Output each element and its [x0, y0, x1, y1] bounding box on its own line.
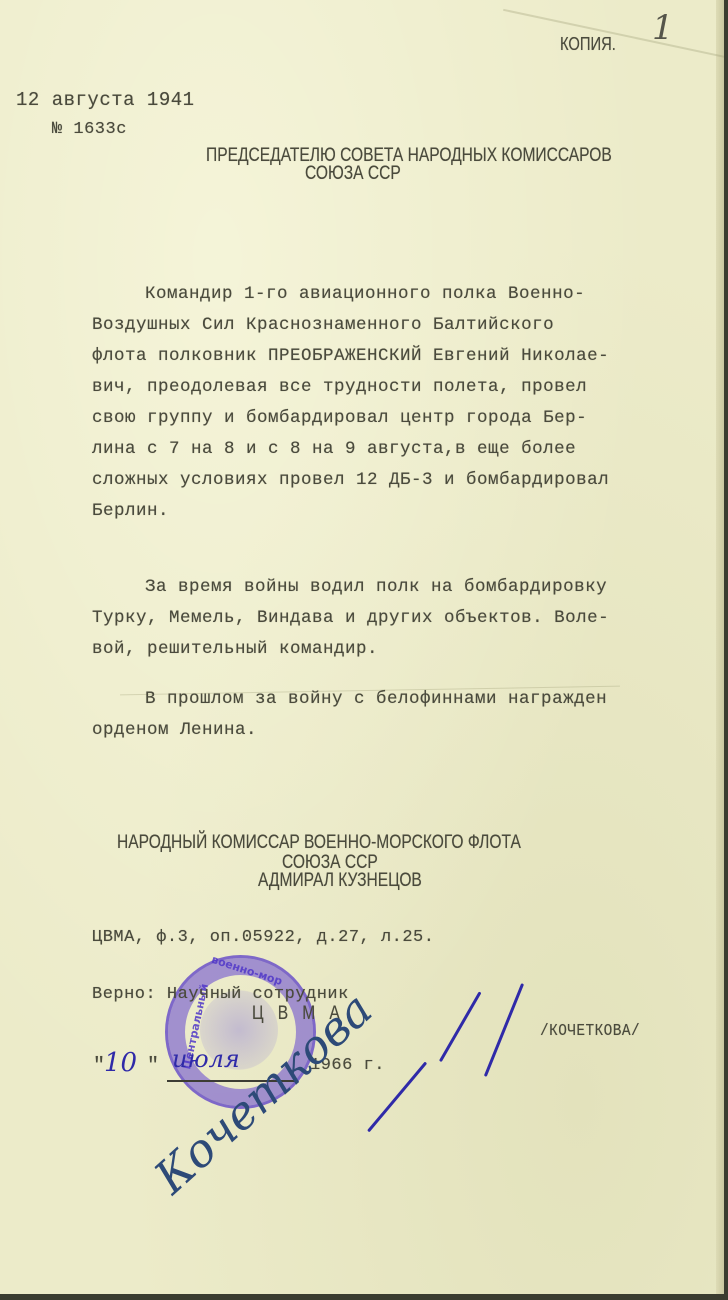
seal-top-text: военно-мор	[210, 953, 284, 988]
copy-mark: КОПИЯ.	[560, 34, 616, 55]
body-line: За время войны водил полк на бомбардиров…	[145, 577, 607, 597]
body-line: В прошлом за войну с белофиннами награжд…	[145, 689, 607, 709]
addressee-line-1: ПРЕДСЕДАТЕЛЮ СОВЕТА НАРОДНЫХ КОМИССАРОВ	[206, 145, 612, 167]
body-line: Турку, Мемель, Виндава и других объектов…	[92, 608, 609, 628]
body-line: лина с 7 на 8 и с 8 на 9 августа,в еще б…	[92, 439, 576, 459]
body-line: вич, преодолевая все трудности полета, п…	[92, 377, 587, 397]
signatory-name: АДМИРАЛ КУЗНЕЦОВ	[258, 870, 422, 892]
body-line: Командир 1-го авиационного полка Военно-	[145, 284, 585, 304]
body-line: Берлин.	[92, 501, 169, 521]
body-line: сложных условиях провел 12 ДБ-3 и бомбар…	[92, 470, 609, 490]
date-quote-close: "	[147, 1055, 160, 1078]
date-month-handwritten: июля	[172, 1045, 240, 1073]
document-page: КОПИЯ. 1 12 августа 1941 № 1633с ПРЕДСЕД…	[0, 0, 724, 1294]
body-line: свою группу и бомбардировал центр города…	[92, 408, 587, 428]
body-line: Воздушных Сил Краснознаменного Балтийско…	[92, 315, 554, 335]
reference-number: № 1633с	[52, 120, 127, 139]
handwritten-page-number: 1	[652, 8, 674, 48]
archive-reference: ЦВМА, ф.3, оп.05922, д.27, л.25.	[92, 928, 434, 947]
body-line: флота полковник ПРЕОБРАЖЕНСКИЙ Евгений Н…	[92, 346, 609, 366]
date-day-handwritten: 10	[104, 1048, 137, 1078]
certifier-name: /КОЧЕТКОВА/	[540, 1022, 640, 1041]
paper-edge	[716, 0, 724, 1294]
addressee-line-2: СОЮЗА ССР	[305, 163, 401, 185]
body-line: орденом Ленина.	[92, 720, 257, 740]
document-date: 12 августа 1941	[16, 89, 195, 111]
signatory-title: НАРОДНЫЙ КОМИССАР ВОЕННО-МОРСКОГО ФЛОТА	[117, 832, 521, 854]
certification-label: Верно: Научный сотрудник	[92, 985, 349, 1004]
body-line: вой, решительный командир.	[92, 639, 378, 659]
